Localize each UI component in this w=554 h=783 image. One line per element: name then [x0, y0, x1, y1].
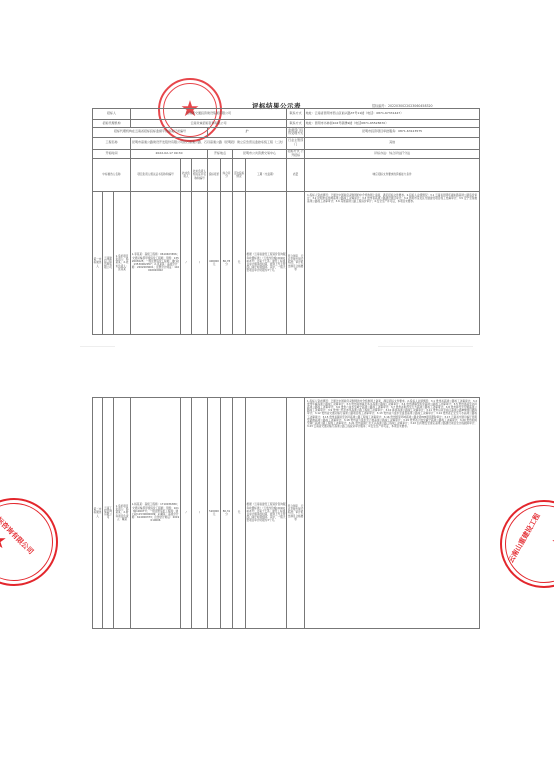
tenderer-contact-label: 联系方式 [287, 109, 305, 120]
tenderer-label: 招标人 [93, 109, 131, 120]
col-tech: 技术负责人 [181, 159, 192, 192]
agency-label: 招标代理机构 [93, 120, 131, 128]
tenderer-value: 云南省交通投资建设集团有限公司 [131, 109, 287, 120]
industry-label: 行业主管部门 [287, 137, 305, 149]
right-company-seal: ★ 云南山重建设工程 [500, 500, 554, 588]
open-place-label: 开标地点 [208, 149, 233, 159]
candidate-certs: 1.杨某某：高级工程师：1710036380；交通运输部甲级造价工程师；甲级：1… [131, 398, 181, 629]
candidate-price: 520000元 [208, 398, 221, 629]
candidate-capability: 1.投标人资质情况：已通过中国政府采购网的中介机构网上备案，满足招标文件要求。2… [305, 192, 480, 335]
candidate-quality: 符合国家、行业及地方现行标准；审计报告满足合格要求 [287, 398, 305, 629]
page-edge-left [80, 346, 115, 347]
result-table-page-2: 第二中标候选人 云南工程咨询有限公司 1.造价项目负责人：杨某某；2.财务项目负… [92, 397, 480, 629]
agency-value: 云南众诚招标咨询有限公司 [131, 120, 287, 128]
left-company-seal: ★ 招标咨询有限公司 [0, 498, 58, 586]
candidate-score: 86.78分 [221, 192, 233, 335]
candidate-tech: / [181, 192, 192, 335]
dept-contact-value: 昆明市投资项目审批服务：0871-63123575 [305, 128, 480, 138]
candidate-name: 云南工程咨询有限公司 [103, 398, 114, 629]
col-period: 工期（交货期） [246, 159, 287, 192]
candidate-score: 80.31分 [221, 398, 233, 629]
col-tech-certs: 技术负责人相关证书名称和编号 [192, 159, 208, 192]
supervision-label: 招标代理机构在云南省招标投标监督平台备案记录编号 [93, 128, 208, 138]
col-quality: 质量 [287, 159, 305, 192]
col-rejected: 否决投标情况 [233, 159, 246, 192]
dept-contact-label: 监督部门投诉受理方式 [287, 128, 305, 138]
candidate-manager: 1.造价项目负责人：杨某某；2.财务项目负责人：戴某 [114, 398, 131, 629]
candidate-tech-certs: / [192, 192, 208, 335]
agency-contact-label: 联系方式 [287, 120, 305, 128]
industry-value: 其他 [305, 137, 480, 149]
col-price: 投标报价 [208, 159, 221, 192]
project-value: 昆明市高速公路建设开发股份有限公司昆石高速公路、石丹高速公路（昆明段）建立应急营… [131, 137, 287, 149]
col-capability: 响应招标文件要求的资格能力条件 [305, 159, 480, 192]
candidate-rank: 第一中标候选人 [93, 192, 103, 335]
candidate-tech-certs: / [192, 398, 208, 629]
candidate-price: 400000元 [208, 192, 221, 335]
method-cell: 招标方式 公开招标 [287, 149, 305, 159]
candidate-capability: 1.投标人资质情况：已通过中国政府采购网的中介机构网上备案，满足招标文件要求。2… [305, 398, 480, 629]
open-time-label: 开标时间 [93, 149, 131, 159]
open-place-value: 昆明市公共资源交易中心 [233, 149, 287, 159]
candidate-row-2: 第二中标候选人 云南工程咨询有限公司 1.造价项目负责人：杨某某；2.财务项目负… [93, 398, 480, 629]
agency-contact-value: 地址：昆明市书林街104号新澳9楼（电话0871-65528670） [305, 120, 480, 128]
candidate-manager: 1.造价项目负责人：杨某某；2.技术负责人：张某某 [114, 192, 131, 335]
candidate-row-1: 第一中标候选人 云南建投工程咨询有限公司 1.造价项目负责人：杨某某；2.技术负… [93, 192, 480, 335]
candidate-certs: 1.李某某：高级工程师：0610403656；交通运输部甲级造价工程师；甲级：1… [131, 192, 181, 335]
tenderer-contact-value: 地址：云南省昆明市西山区前兴路37号11楼（电话：0871-67331447） [305, 109, 480, 120]
candidate-quality: 符合国家、行业及地方现行标准；审计报告满足合格要求 [287, 192, 305, 335]
candidate-rank: 第二中标候选人 [93, 398, 103, 629]
page-edge-right [378, 346, 473, 347]
project-label: 工程名称 [93, 137, 131, 149]
eval-method: 评标办法：综合评估打分法 [305, 149, 480, 159]
candidate-period: 根据《云南省建设工程造价咨询服务收费标准》（云发改价格[2016]213号）文第… [246, 398, 287, 629]
col-manager-certs: 项目负责人相关证书名称和编号 [131, 159, 181, 192]
candidate-rejected: 无 [233, 192, 246, 335]
col-score: 综合评分 [221, 159, 233, 192]
candidate-period: 根据《云南省建设工程造价咨询服务收费标准》（云发改价格[2016]213号）文第… [246, 192, 287, 335]
candidate-rejected: 无 [233, 398, 246, 629]
open-time-value: 2022-02-17 09:30 [131, 149, 208, 159]
supervision-value: 护 [208, 128, 287, 138]
col-candidate: 中标候选人名称 [93, 159, 131, 192]
result-table-page-1: 招标人 云南省交通投资建设集团有限公司 联系方式 地址：云南省昆明市西山区前兴路… [92, 108, 480, 335]
candidate-name: 云南建投工程咨询有限公司 [103, 192, 114, 335]
candidate-tech: / [181, 398, 192, 629]
